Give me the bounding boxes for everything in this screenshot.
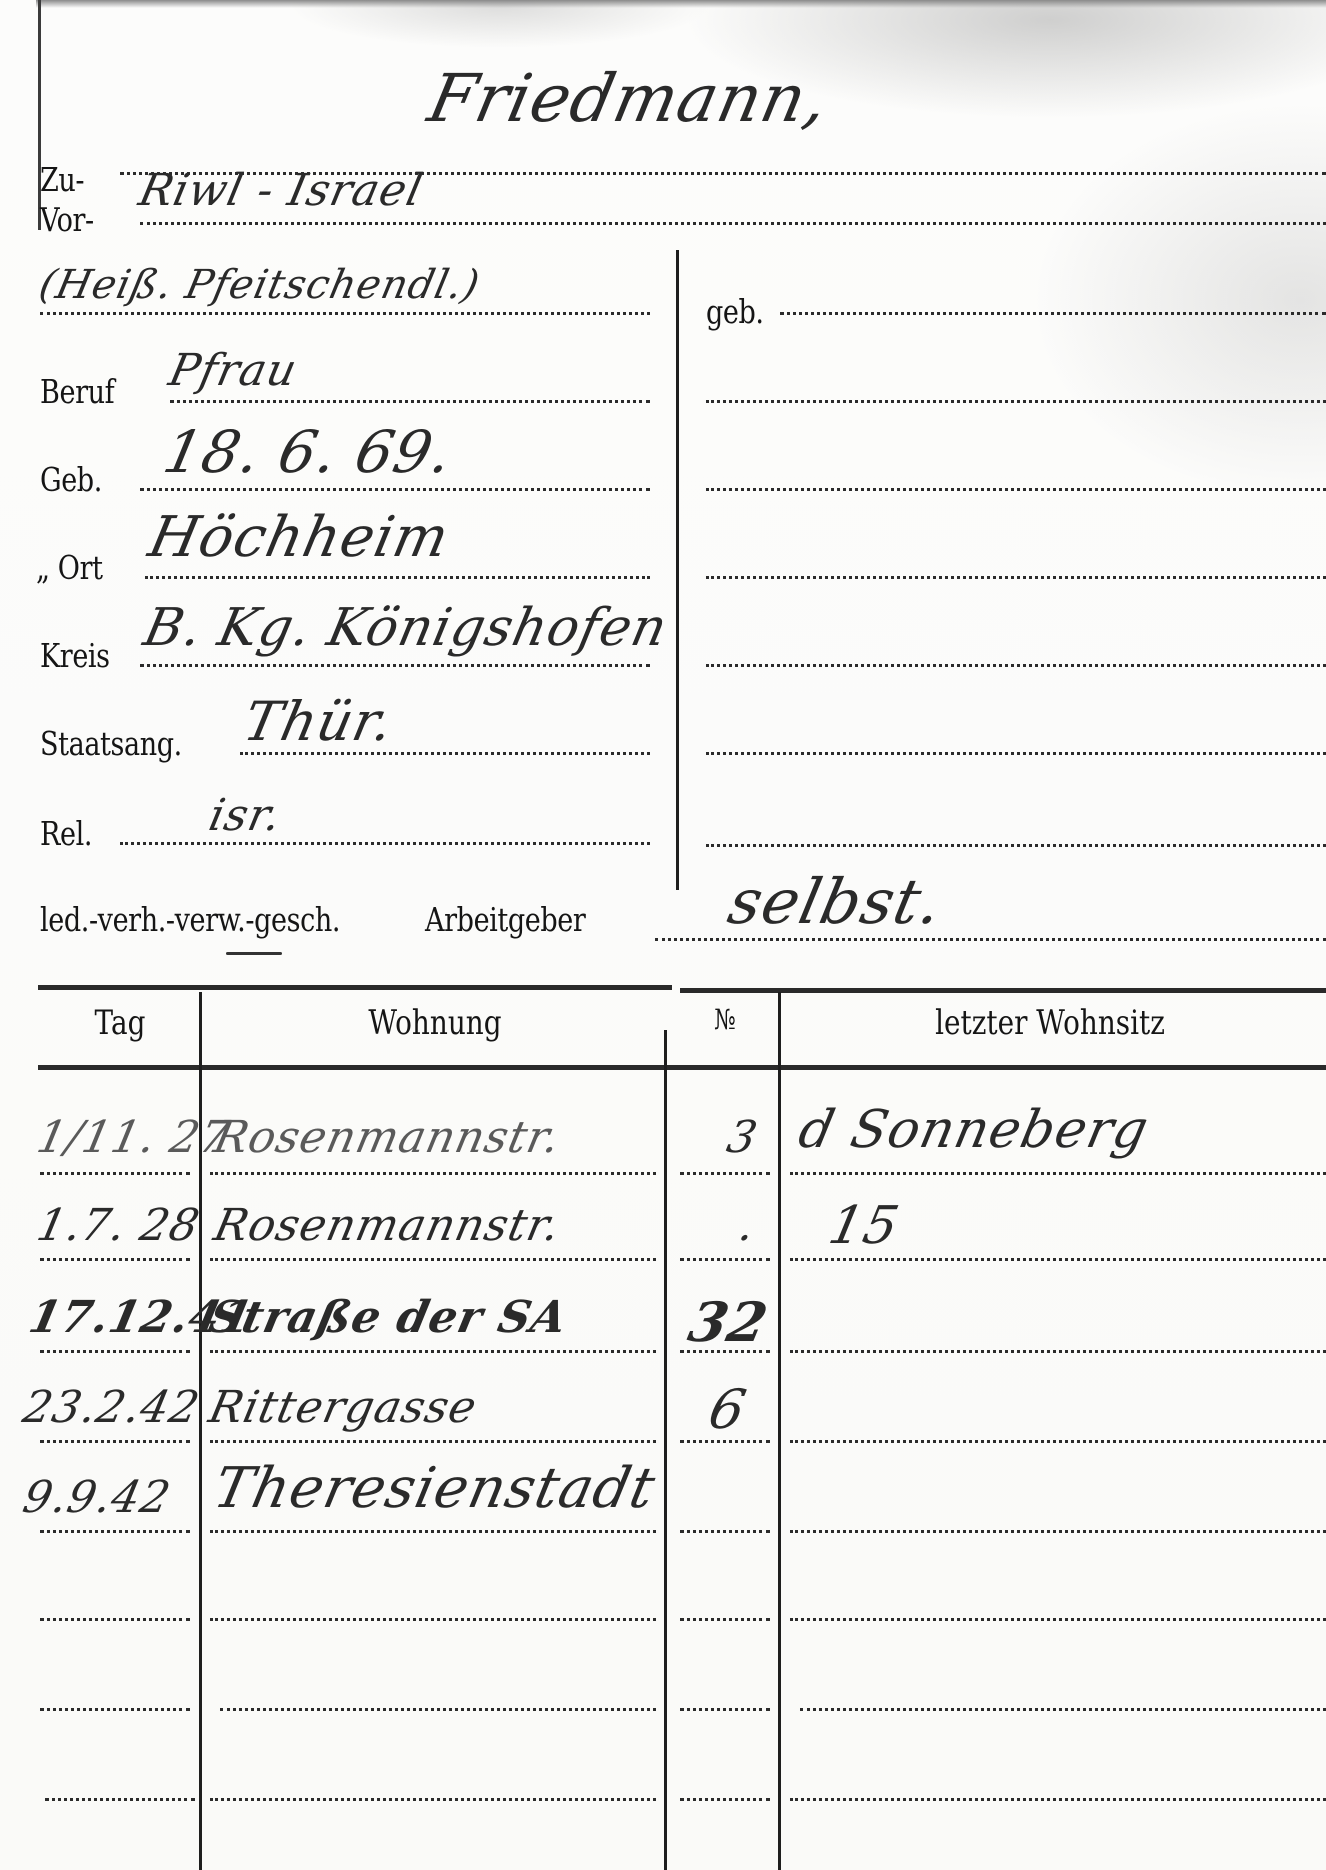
profession-label: Beruf [40, 372, 114, 411]
col-divider-address [664, 1030, 667, 1870]
employer-line [655, 938, 1326, 941]
row-2-address: Rosenmannstr. [210, 1200, 565, 1251]
row-4-address: Rittergasse [205, 1382, 482, 1433]
scan-edge-top [36, 0, 1326, 8]
row-2-date: 1.7. 28 [33, 1200, 205, 1251]
header-last-residence: letzter Wohnsitz [894, 1003, 1206, 1043]
given-names-label: Vor- [40, 200, 94, 239]
table-header-rule [38, 1065, 1326, 1070]
religion-label: Rel. [40, 814, 92, 853]
right-line-3 [706, 576, 1326, 579]
row-3-address: Straße der SA [205, 1292, 573, 1343]
born-label: Geb. [40, 460, 102, 499]
table-top-rule-right [680, 988, 1326, 993]
registration-card: Zu- Friedmann, Vor- Riwl - Israel (Heiß.… [0, 0, 1326, 1870]
header-date: Tag [71, 1003, 169, 1043]
surname-value: Friedmann, [422, 60, 836, 137]
born-value: 18. 6. 69. [158, 418, 459, 486]
given-names-line [140, 222, 1326, 225]
row-5-address: Theresienstadt [208, 1456, 661, 1521]
place-line [145, 576, 650, 579]
surname-label: Zu- [40, 160, 84, 199]
row-4-number: 6 [703, 1378, 752, 1441]
row-1-address: Rosenmannstr. [210, 1112, 565, 1163]
citizenship-value: Thür. [238, 690, 399, 753]
row-2-last-residence: 15 [824, 1196, 905, 1256]
profession-value: Pfrau [165, 345, 302, 396]
born-right-label: geb. [706, 292, 764, 331]
born-right-line [780, 312, 1326, 315]
district-label: Kreis [40, 636, 110, 675]
district-value: B. Kg. Königshofen [139, 598, 673, 658]
note-line [40, 312, 650, 315]
profession-line [170, 400, 650, 403]
born-line [140, 488, 650, 491]
marital-status-label: led.-verh.-verw.-gesch. [40, 900, 340, 939]
place-label: „ Ort [36, 548, 103, 587]
marital-status-selected-mark [226, 952, 282, 955]
right-line-2 [706, 488, 1326, 491]
row-2-number: . [735, 1200, 761, 1251]
col-divider-number [778, 992, 781, 1870]
row-1-date: 1/11. 27 [33, 1112, 235, 1163]
header-address: Wohnung [324, 1003, 545, 1043]
row-1-number: 3 [723, 1112, 763, 1163]
given-names-note: (Heiß. Pfeitschendl.) [35, 262, 484, 308]
employer-label: Arbeitgeber [425, 900, 585, 939]
place-value: Höchheim [143, 505, 455, 570]
right-line-1 [706, 400, 1326, 403]
row-5-date: 9.9.42 [19, 1472, 176, 1523]
employer-value: selbst. [722, 865, 949, 938]
header-number: № [696, 1003, 753, 1036]
upper-column-divider [676, 250, 679, 890]
row-1-last-residence: d Sonneberg [794, 1100, 1154, 1160]
religion-line [120, 842, 650, 845]
district-line [140, 664, 650, 667]
right-line-5 [706, 752, 1326, 755]
table-top-rule-left [38, 985, 672, 990]
religion-value: isr. [205, 790, 287, 841]
given-names-value: Riwl - Israel [135, 165, 428, 216]
row-3-number: 32 [683, 1290, 774, 1354]
row-4-date: 23.2.42 [19, 1382, 205, 1433]
right-line-6 [706, 844, 1326, 847]
citizenship-label: Staatsang. [40, 724, 182, 763]
right-line-4 [706, 664, 1326, 667]
